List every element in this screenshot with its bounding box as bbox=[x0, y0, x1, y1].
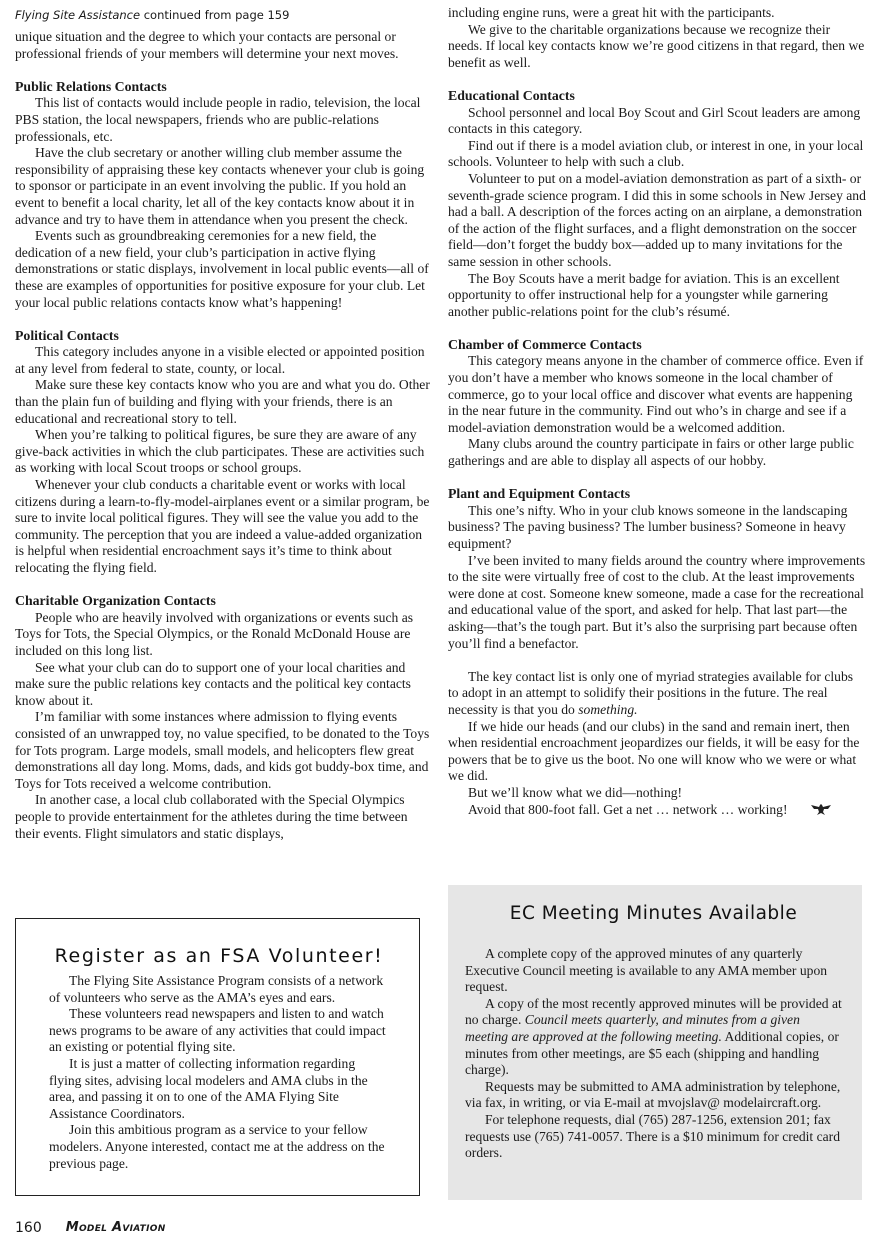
running-head-title: Flying Site Assistance bbox=[15, 8, 140, 22]
paragraph: Find out if there is a model aviation cl… bbox=[448, 138, 866, 171]
closing-paragraph: Avoid that 800-foot fall. Get a net … ne… bbox=[448, 802, 866, 821]
paragraph: School personnel and local Boy Scout and… bbox=[448, 105, 866, 138]
page-footer: 160 Model Aviation bbox=[15, 1219, 166, 1237]
section-heading-charitable: Charitable Organization Contacts bbox=[15, 593, 430, 610]
ama-eagle-logo-icon bbox=[791, 804, 831, 821]
paragraph: Requests may be submitted to AMA adminis… bbox=[465, 1079, 842, 1112]
ec-box-title: EC Meeting Minutes Available bbox=[465, 902, 842, 926]
paragraph: Have the club secretary or another willi… bbox=[15, 145, 430, 228]
paragraph: This list of contacts would include peop… bbox=[15, 95, 430, 145]
paragraph: This category includes anyone in a visib… bbox=[15, 344, 430, 377]
closing-paragraph: The key contact list is only one of myri… bbox=[448, 669, 866, 719]
page-number: 160 bbox=[15, 1219, 42, 1237]
closing-paragraph: If we hide our heads (and our clubs) in … bbox=[448, 719, 866, 785]
section-heading-plant-equipment: Plant and Equipment Contacts bbox=[448, 486, 866, 503]
emphasis: something. bbox=[578, 702, 637, 717]
register-box-body: The Flying Site Assistance Program consi… bbox=[49, 973, 389, 1172]
paragraph: The Flying Site Assistance Program consi… bbox=[49, 973, 389, 1006]
continued-line: including engine runs, were a great hit … bbox=[448, 5, 866, 22]
section-heading-public-relations: Public Relations Contacts bbox=[15, 79, 430, 96]
paragraph: Volunteer to put on a model-aviation dem… bbox=[448, 171, 866, 271]
section-heading-chamber-of-commerce: Chamber of Commerce Contacts bbox=[448, 337, 866, 354]
register-fsa-volunteer-box: Register as an FSA Volunteer! The Flying… bbox=[15, 918, 420, 1196]
section-heading-educational: Educational Contacts bbox=[448, 88, 866, 105]
ec-meeting-minutes-box: EC Meeting Minutes Available A complete … bbox=[448, 885, 862, 1200]
paragraph: A copy of the most recently approved min… bbox=[465, 996, 842, 1079]
paragraph: I’m familiar with some instances where a… bbox=[15, 709, 430, 792]
closing-paragraph: But we’ll know what we did—nothing! bbox=[448, 785, 866, 802]
paragraph: A complete copy of the approved minutes … bbox=[465, 946, 842, 996]
paragraph: This category means anyone in the chambe… bbox=[448, 353, 866, 436]
section-heading-political: Political Contacts bbox=[15, 328, 430, 345]
register-box-title: Register as an FSA Volunteer! bbox=[49, 944, 389, 968]
paragraph: It is just a matter of collecting inform… bbox=[49, 1056, 389, 1122]
paragraph: This one’s nifty. Who in your club knows… bbox=[448, 503, 866, 553]
paragraph: Whenever your club conducts a charitable… bbox=[15, 477, 430, 577]
paragraph: Many clubs around the country participat… bbox=[448, 436, 866, 469]
right-column: including engine runs, were a great hit … bbox=[448, 5, 866, 820]
paragraph: The Boy Scouts have a merit badge for av… bbox=[448, 271, 866, 321]
paragraph: Join this ambitious program as a service… bbox=[49, 1122, 389, 1172]
paragraph: I’ve been invited to many fields around … bbox=[448, 553, 866, 653]
magazine-name: Model Aviation bbox=[66, 1219, 166, 1237]
paragraph: See what your club can do to support one… bbox=[15, 660, 430, 710]
paragraph: Events such as groundbreaking ceremonies… bbox=[15, 228, 430, 311]
paragraph: When you’re talking to political figures… bbox=[15, 427, 430, 477]
paragraph: People who are heavily involved with org… bbox=[15, 610, 430, 660]
intro-paragraph: unique situation and the degree to which… bbox=[15, 29, 430, 62]
paragraph: We give to the charitable organizations … bbox=[448, 22, 866, 72]
running-head-continued: continued from page 159 bbox=[140, 8, 289, 22]
paragraph: Make sure these key contacts know who yo… bbox=[15, 377, 430, 427]
paragraph: For telephone requests, dial (765) 287-1… bbox=[465, 1112, 842, 1162]
ec-box-body: A complete copy of the approved minutes … bbox=[465, 946, 842, 1162]
left-column: Flying Site Assistance continued from pa… bbox=[15, 8, 430, 842]
paragraph: These volunteers read newspapers and lis… bbox=[49, 1006, 389, 1056]
running-head: Flying Site Assistance continued from pa… bbox=[15, 8, 430, 22]
paragraph: In another case, a local club collaborat… bbox=[15, 792, 430, 842]
